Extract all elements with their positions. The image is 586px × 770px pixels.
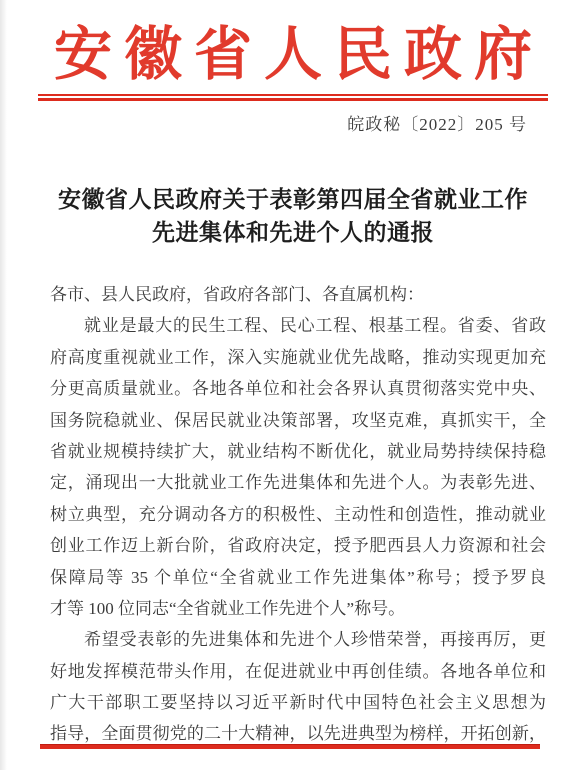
paragraph2-line: 希望受表彰的先进集体和先进个人珍惜荣誉，再接再厉，更 (50, 624, 546, 655)
paragraph1-line: 树立典型，充分调动各方的积极性、主动性和创造性，推动就业 (50, 499, 546, 530)
paragraph1-line: 国务院稳就业、保居民就业决策部署，攻坚克难，真抓实干，全 (50, 405, 546, 436)
document-page: 安徽省人民政府 皖政秘〔2022〕205 号 安徽省人民政府关于表彰第四届全省就… (0, 0, 586, 770)
paragraph2-line: 好地发挥模范带头作用，在促进就业中再创佳绩。各地各单位和 (50, 656, 546, 687)
paragraph1-line: 才等 100 位同志“全省就业工作先进个人”称号。 (50, 593, 546, 624)
page-bottom-red-line (40, 744, 540, 749)
document-title-line1: 安徽省人民政府关于表彰第四届全省就业工作 (0, 183, 586, 216)
paragraph1-line: 保障局等 35 个单位“全省就业工作先进集体”称号；授予罗良 (50, 562, 546, 593)
document-reference-number: 皖政秘〔2022〕205 号 (347, 115, 527, 135)
paragraph1-line: 创业工作迈上新台阶，省政府决定，授予肥西县人力资源和社会 (50, 530, 546, 561)
header-divider-double-line (38, 94, 548, 101)
document-body: 各市、县人民政府，省政府各部门、各直属机构： 就业是最大的民生工程、民心工程、根… (50, 279, 546, 750)
salutation-line: 各市、县人民政府，省政府各部门、各直属机构： (50, 279, 546, 310)
document-title: 安徽省人民政府关于表彰第四届全省就业工作 先进集体和先进个人的通报 (0, 183, 586, 249)
document-title-line2: 先进集体和先进个人的通报 (0, 216, 586, 249)
paragraph1-line: 分更高质量就业。各地各单位和社会各界认真贯彻落实党中央、 (50, 373, 546, 404)
paragraph2-line: 广大干部职工要坚持以习近平新时代中国特色社会主义思想为 (50, 687, 546, 718)
paragraph1-line: 府高度重视就业工作，深入实施就业优先战略，推动实现更加充 (50, 342, 546, 373)
paragraph1-line: 就业是最大的民生工程、民心工程、根基工程。省委、省政 (50, 310, 546, 341)
paragraph1-line: 定，涌现出一大批就业工作先进集体和先进个人。为表彰先进、 (50, 467, 546, 498)
issuing-authority-title: 安徽省人民政府 (0, 22, 586, 88)
paragraph1-line: 省就业规模持续扩大，就业结构不断优化，就业局势持续保持稳 (50, 436, 546, 467)
